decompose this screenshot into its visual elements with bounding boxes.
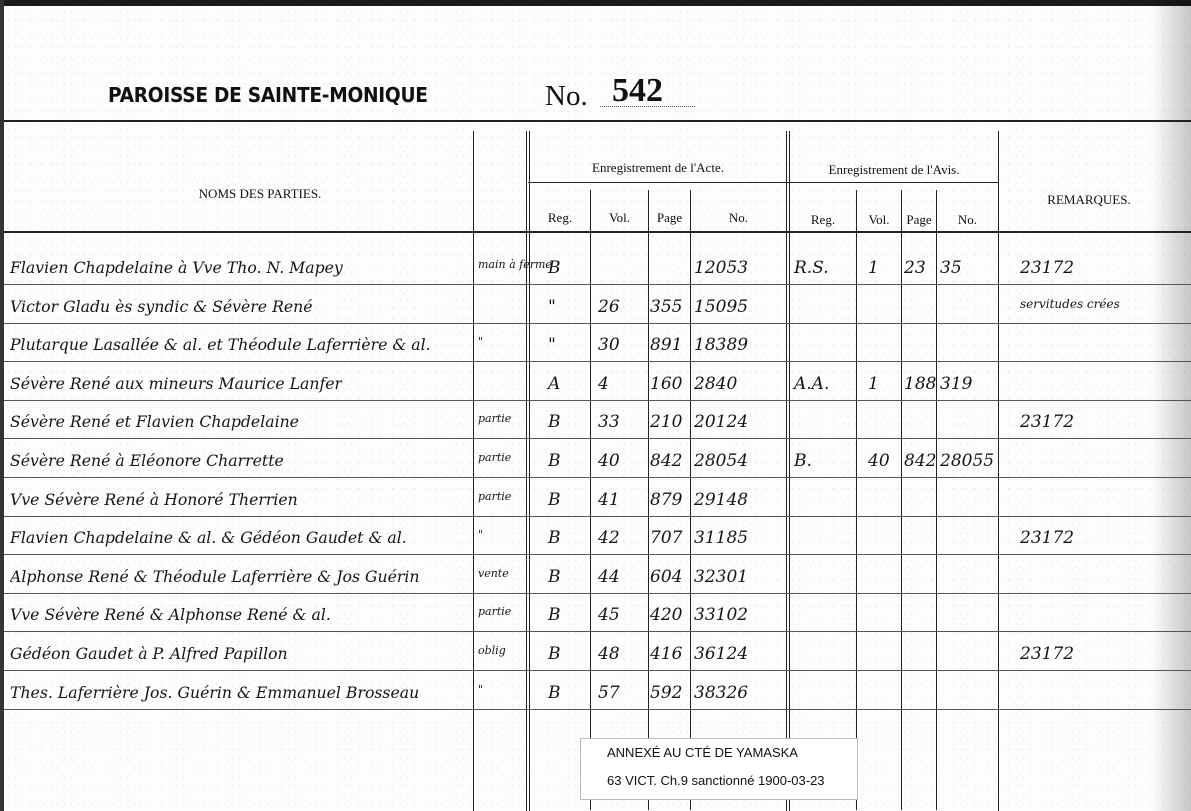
- cell-a-vol: 30: [598, 335, 620, 355]
- cell-a-no: 2840: [694, 374, 737, 394]
- cell-a-reg: B: [548, 605, 561, 625]
- header-avis-vol: Vol.: [857, 212, 901, 228]
- cell-a-vol: 4: [598, 374, 609, 394]
- cell-v-page: 23: [904, 258, 926, 278]
- cell-a-vol: 33: [598, 412, 620, 432]
- header-avis-reg: Reg.: [790, 212, 856, 228]
- cell-names: Vve Sévère René à Honoré Therrien: [10, 490, 298, 509]
- cell-remarks: servitudes crées: [1020, 297, 1120, 311]
- cell-a-page: 879: [650, 490, 682, 510]
- cell-a-page: 592: [650, 683, 682, 703]
- cell-a-reg: B: [548, 451, 561, 471]
- cell-a-reg: A: [548, 374, 560, 394]
- cell-names: Flavien Chapdelaine & al. & Gédéon Gaude…: [10, 528, 407, 547]
- cell-v-reg: B.: [794, 451, 812, 471]
- row-rule: [4, 438, 1191, 439]
- row-rule: [4, 670, 1191, 671]
- cell-v-page: 842: [904, 451, 936, 471]
- cell-nature: ": [478, 683, 483, 696]
- scan-edge-top: [0, 0, 1191, 6]
- cell-a-no: 32301: [694, 567, 748, 587]
- cell-names: Victor Gladu ès syndic & Sévère René: [10, 297, 313, 316]
- cell-v-vol: 1: [868, 374, 879, 394]
- cell-v-no: 319: [940, 374, 972, 394]
- row-rule: [4, 400, 1191, 401]
- cell-a-page: 160: [650, 374, 682, 394]
- header-acte-page: Page: [649, 210, 690, 226]
- header-bottom-rule: [4, 231, 1191, 233]
- header-remarks: REMARQUES.: [1000, 192, 1178, 208]
- cell-names: Thes. Laferrière Jos. Guérin & Emmanuel …: [10, 683, 419, 702]
- stamp-line-2: 63 VICT. Ch.9 sanctionné 1900-03-23: [607, 773, 825, 788]
- cell-nature: vente: [478, 567, 509, 580]
- cell-a-vol: 57: [598, 683, 620, 703]
- header-avis-no: No.: [937, 212, 998, 228]
- row-rule: [4, 709, 1191, 710]
- header-top-rule: [4, 120, 1191, 122]
- cell-a-page: 604: [650, 567, 682, 587]
- cell-names: Sévère René aux mineurs Maurice Lanfer: [10, 374, 342, 393]
- cell-a-no: 31185: [694, 528, 748, 548]
- col-line: [690, 190, 691, 810]
- cell-a-reg: ": [548, 297, 556, 317]
- row-rule: [4, 631, 1191, 632]
- cell-nature: partie: [478, 451, 511, 464]
- cell-v-vol: 40: [868, 451, 890, 471]
- cell-a-no: 28054: [694, 451, 748, 471]
- header-names: NOMS DES PARTIES.: [120, 186, 400, 202]
- cell-a-vol: 48: [598, 644, 620, 664]
- header-acte-vol: Vol.: [591, 210, 648, 226]
- cell-a-page: 842: [650, 451, 682, 471]
- col-line: [856, 190, 857, 810]
- cell-nature: ": [478, 528, 483, 541]
- row-rule: [4, 284, 1191, 285]
- cell-a-page: 210: [650, 412, 682, 432]
- register-page: PAROISSE DE SAINTE-MONIQUE No. 542 NOMS …: [0, 0, 1191, 811]
- col-line: [590, 190, 591, 810]
- cell-a-page: 891: [650, 335, 682, 355]
- cell-nature: partie: [478, 412, 511, 425]
- cell-names: Sévère René et Flavien Chapdelaine: [10, 412, 299, 431]
- cell-a-vol: 45: [598, 605, 620, 625]
- cell-v-vol: 1: [868, 258, 879, 278]
- row-rule: [4, 477, 1191, 478]
- register-number: 542: [612, 72, 663, 110]
- stamp-line-1: ANNEXÉ AU CTÉ DE YAMASKA: [607, 745, 798, 760]
- cell-names: Flavien Chapdelaine à Vve Tho. N. Mapey: [10, 258, 343, 277]
- row-rule: [4, 593, 1191, 594]
- cell-a-no: 33102: [694, 605, 748, 625]
- cell-nature: ": [478, 335, 483, 348]
- cell-a-reg: ": [548, 335, 556, 355]
- cell-a-no: 36124: [694, 644, 748, 664]
- group-divider-rule: [528, 182, 998, 183]
- cell-a-reg: B: [548, 490, 561, 510]
- header-acte: Enregistrement de l'Acte.: [530, 160, 786, 176]
- cell-a-page: 420: [650, 605, 682, 625]
- row-rule: [4, 361, 1191, 362]
- cell-a-vol: 42: [598, 528, 620, 548]
- cell-nature: oblig: [478, 644, 506, 657]
- cell-a-reg: B: [548, 258, 561, 278]
- cell-v-page: 188: [904, 374, 936, 394]
- cell-names: Alphonse René & Théodule Laferrière & Jo…: [10, 567, 420, 586]
- cell-a-no: 15095: [694, 297, 748, 317]
- cell-a-no: 29148: [694, 490, 748, 510]
- cell-nature: partie: [478, 605, 511, 618]
- row-rule: [4, 516, 1191, 517]
- cell-a-reg: B: [548, 528, 561, 548]
- cell-a-vol: 40: [598, 451, 620, 471]
- cell-nature: main à ferme: [478, 258, 552, 271]
- cell-a-page: 707: [650, 528, 682, 548]
- cell-names: Sévère René à Eléonore Charrette: [10, 451, 284, 470]
- cell-nature: partie: [478, 490, 511, 503]
- header-acte-no: No.: [691, 210, 786, 226]
- cell-a-no: 12053: [694, 258, 748, 278]
- cell-names: Vve Sévère René & Alphonse René & al.: [10, 605, 331, 624]
- cell-v-reg: R.S.: [794, 258, 829, 278]
- number-underline: [600, 106, 695, 107]
- cell-a-reg: B: [548, 644, 561, 664]
- cell-a-vol: 41: [598, 490, 620, 510]
- cell-a-no: 38326: [694, 683, 748, 703]
- cell-remarks: 23172: [1020, 412, 1074, 432]
- parish-title: PAROISSE DE SAINTE-MONIQUE: [108, 83, 428, 107]
- header-avis-page: Page: [902, 212, 936, 228]
- cell-a-reg: B: [548, 683, 561, 703]
- cell-v-no: 35: [940, 258, 962, 278]
- col-line: [901, 190, 902, 810]
- cell-remarks: 23172: [1020, 258, 1074, 278]
- cell-a-reg: B: [548, 567, 561, 587]
- header-acte-reg: Reg.: [530, 210, 590, 226]
- cell-remarks: 23172: [1020, 644, 1074, 664]
- annex-stamp: ANNEXÉ AU CTÉ DE YAMASKA 63 VICT. Ch.9 s…: [580, 738, 858, 800]
- header-avis: Enregistrement de l'Avis.: [790, 162, 998, 178]
- cell-a-page: 355: [650, 297, 682, 317]
- cell-a-no: 20124: [694, 412, 748, 432]
- row-rule: [4, 323, 1191, 324]
- cell-a-reg: B: [548, 412, 561, 432]
- cell-v-no: 28055: [940, 451, 994, 471]
- cell-a-no: 18389: [694, 335, 748, 355]
- cell-a-vol: 26: [598, 297, 620, 317]
- cell-a-vol: 44: [598, 567, 620, 587]
- cell-remarks: 23172: [1020, 528, 1074, 548]
- cell-v-reg: A.A.: [794, 374, 829, 394]
- col-line: [648, 190, 649, 810]
- row-rule: [4, 554, 1191, 555]
- cell-names: Gédéon Gaudet à P. Alfred Papillon: [10, 644, 288, 663]
- col-line: [936, 190, 937, 810]
- cell-a-page: 416: [650, 644, 682, 664]
- number-label: No.: [545, 80, 588, 113]
- cell-names: Plutarque Lasallée & al. et Théodule Laf…: [10, 335, 431, 354]
